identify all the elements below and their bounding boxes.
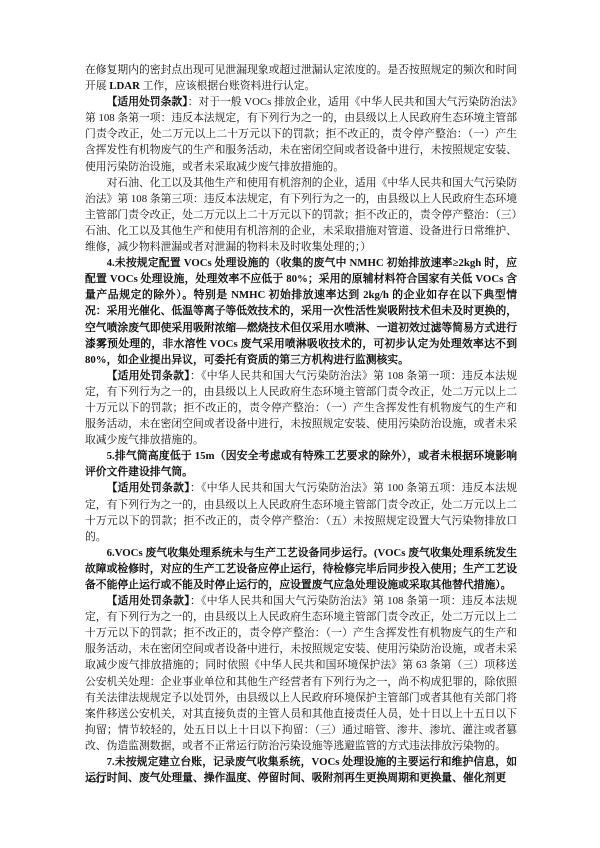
para-penalty-clause-item-6: 【适用处罚条款】：《中华人民共和国大气污染防治法》第 108 条第一项：违反本法…: [85, 593, 517, 754]
para-ldar-continuation: 在修复期内的密封点出现可见泄漏现象或超过泄漏认定浓度的。是否按照规定的频次和时间…: [85, 62, 517, 94]
bold-text-run: 7.未按规定建立台账，记录废气收集系统，VOCs 处理设施的主要运行和维护信息，…: [85, 756, 517, 784]
document-page: 在修复期内的密封点出现可见泄漏现象或超过泄漏认定浓度的。是否按照规定的频次和时间…: [0, 0, 600, 848]
bold-text-run: 5.排气筒高度低于 15m（因安全考虑或有特殊工艺要求的除外），或者未根据环境影…: [85, 450, 517, 478]
para-penalty-clause-item-5: 【适用处罚条款】：《中华人民共和国大气污染防治法》第 100 条第五项：违反本法…: [85, 480, 517, 544]
para-item-6: 6.VOCs 废气收集处理系统未与生产工艺设备同步运行。(VOCs 废气收集处理…: [85, 545, 517, 593]
bold-text-run: 4.未按规定配置 VOCs 处理设施的（收集的废气中 NMHC 初始排放速率≥2…: [85, 257, 517, 366]
text-run: 工作，应该根据台账资料进行认定。: [140, 80, 315, 92]
bold-text-run: 【适用处罚条款】: [107, 595, 190, 607]
para-penalty-clause-general: 【适用处罚条款】：对于一般 VOCs 排放企业，适用《中华人民共和国大气污染防治…: [85, 94, 517, 174]
page-number: - 42 -: [88, 774, 111, 788]
bold-text-run: 【适用处罚条款】: [107, 482, 190, 494]
para-item-4: 4.未按规定配置 VOCs 处理设施的（收集的废气中 NMHC 初始排放速率≥2…: [85, 255, 517, 368]
bold-text-run: 【适用处罚条款】: [107, 96, 188, 108]
bold-text-run: 【适用处罚条款】: [107, 370, 190, 382]
bold-text-run: LDAR: [109, 80, 140, 92]
document-body: 在修复期内的密封点出现可见泄漏现象或超过泄漏认定浓度的。是否按照规定的频次和时间…: [85, 62, 517, 786]
bold-text-run: 6.VOCs 废气收集处理系统未与生产工艺设备同步运行。(VOCs 废气收集处理…: [85, 547, 517, 591]
para-item-7: 7.未按规定建立台账，记录废气收集系统，VOCs 处理设施的主要运行和维护信息，…: [85, 754, 517, 786]
para-penalty-clause-item-4: 【适用处罚条款】：《中华人民共和国大气污染防治法》第 108 条第一项：违反本法…: [85, 368, 517, 448]
text-run: 对石油、化工以及其他生产和使用有机溶剂的企业，适用《中华人民共和国大气污染防治法…: [85, 177, 517, 253]
text-run: ：《中华人民共和国大气污染防治法》第 108 条第一项：违反本法规定，有下列行为…: [85, 595, 517, 752]
para-penalty-clause-petrochemical: 对石油、化工以及其他生产和使用有机溶剂的企业，适用《中华人民共和国大气污染防治法…: [85, 175, 517, 255]
para-item-5: 5.排气筒高度低于 15m（因安全考虑或有特殊工艺要求的除外），或者未根据环境影…: [85, 448, 517, 480]
